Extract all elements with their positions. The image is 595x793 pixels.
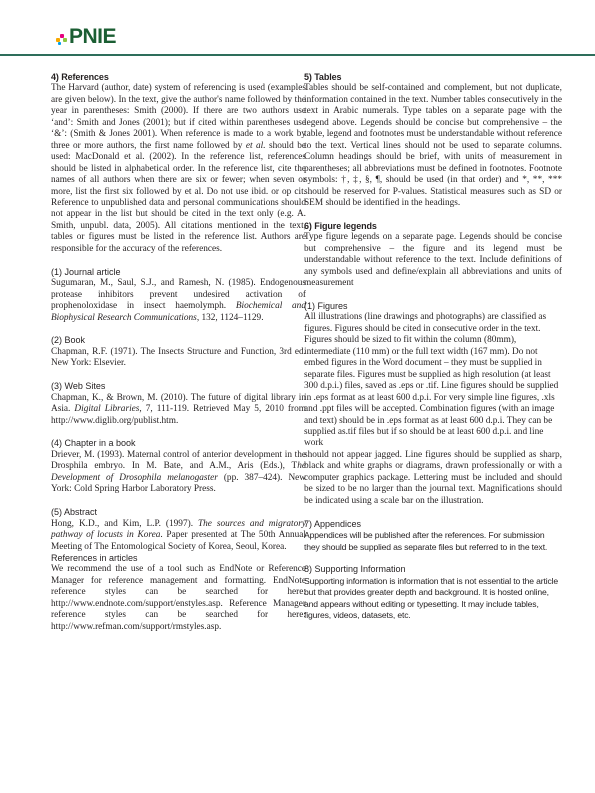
subsection-heading: (1) Figures [304, 301, 562, 312]
reference-abstract: (5) Abstract Hong, K.D., and Kim, L.P. (… [51, 507, 306, 553]
section-heading: 7) Appendices [304, 519, 562, 530]
section-body: Supporting information is information th… [304, 576, 562, 622]
subsection-heading: (4) Chapter in a book [51, 438, 306, 449]
right-column: 5) Tables Tables should be self-containe… [304, 72, 562, 633]
page-header: PNIE [0, 0, 595, 56]
section-tables: 5) Tables Tables should be self-containe… [304, 72, 562, 209]
section-references: 4) References The Harvard (author, date)… [51, 72, 306, 255]
section-body: Type figure legends on a separate page. … [304, 232, 562, 289]
section-body: The Harvard (author, date) system of ref… [51, 83, 306, 255]
section-heading: 8) Supporting Information [304, 564, 562, 575]
reference-example: Chapman, K., & Brown, M. (2010). The fut… [51, 393, 306, 427]
header-divider [0, 54, 595, 56]
logo-text: PNIE [69, 26, 116, 48]
reference-chapter: (4) Chapter in a book Driever, M. (1993)… [51, 438, 306, 495]
reference-example: Chapman, R.F. (1971). The Insects Struct… [51, 347, 306, 370]
section-body-continued: should not appear jagged. Line figures s… [304, 450, 562, 507]
section-heading: 4) References [51, 72, 306, 83]
reference-journal-article: (1) Journal article Sugumaran, M., Saul,… [51, 267, 306, 324]
section-heading: 5) Tables [304, 72, 562, 83]
left-column: 4) References The Harvard (author, date)… [51, 72, 306, 633]
references-in-articles: References in articles We recommend the … [51, 553, 306, 633]
section-figure-legends: 6) Figure legends Type figure legends on… [304, 221, 562, 290]
section-appendices: 7) Appendices Appendices will be publish… [304, 519, 562, 553]
subsection-heading: References in articles [51, 553, 306, 564]
reference-web-sites: (3) Web Sites Chapman, K., & Brown, M. (… [51, 381, 306, 427]
section-body: All illustrations (line drawings and pho… [304, 312, 562, 449]
subsection-heading: (1) Journal article [51, 267, 306, 278]
section-body: Appendices will be published after the r… [304, 530, 562, 553]
subsection-heading: (3) Web Sites [51, 381, 306, 392]
pnie-logo: PNIE [56, 26, 116, 48]
reference-example: Hong, K.D., and Kim, L.P. (1997). The so… [51, 519, 306, 553]
subsection-heading: (5) Abstract [51, 507, 306, 518]
reference-example: Sugumaran, M., Saul, S.J., and Ramesh, N… [51, 278, 306, 324]
subsection-heading: (2) Book [51, 335, 306, 346]
section-supporting-information: 8) Supporting Information Supporting inf… [304, 564, 562, 621]
reference-book: (2) Book Chapman, R.F. (1971). The Insec… [51, 335, 306, 369]
logo-flower-icon [56, 34, 68, 48]
section-heading: 6) Figure legends [304, 221, 562, 232]
section-body: Tables should be self-contained and comp… [304, 83, 562, 209]
section-body: We recommend the use of a tool such as E… [51, 564, 306, 633]
section-figures: (1) Figures All illustrations (line draw… [304, 301, 562, 507]
reference-example: Driever, M. (1993). Maternal control of … [51, 450, 306, 496]
